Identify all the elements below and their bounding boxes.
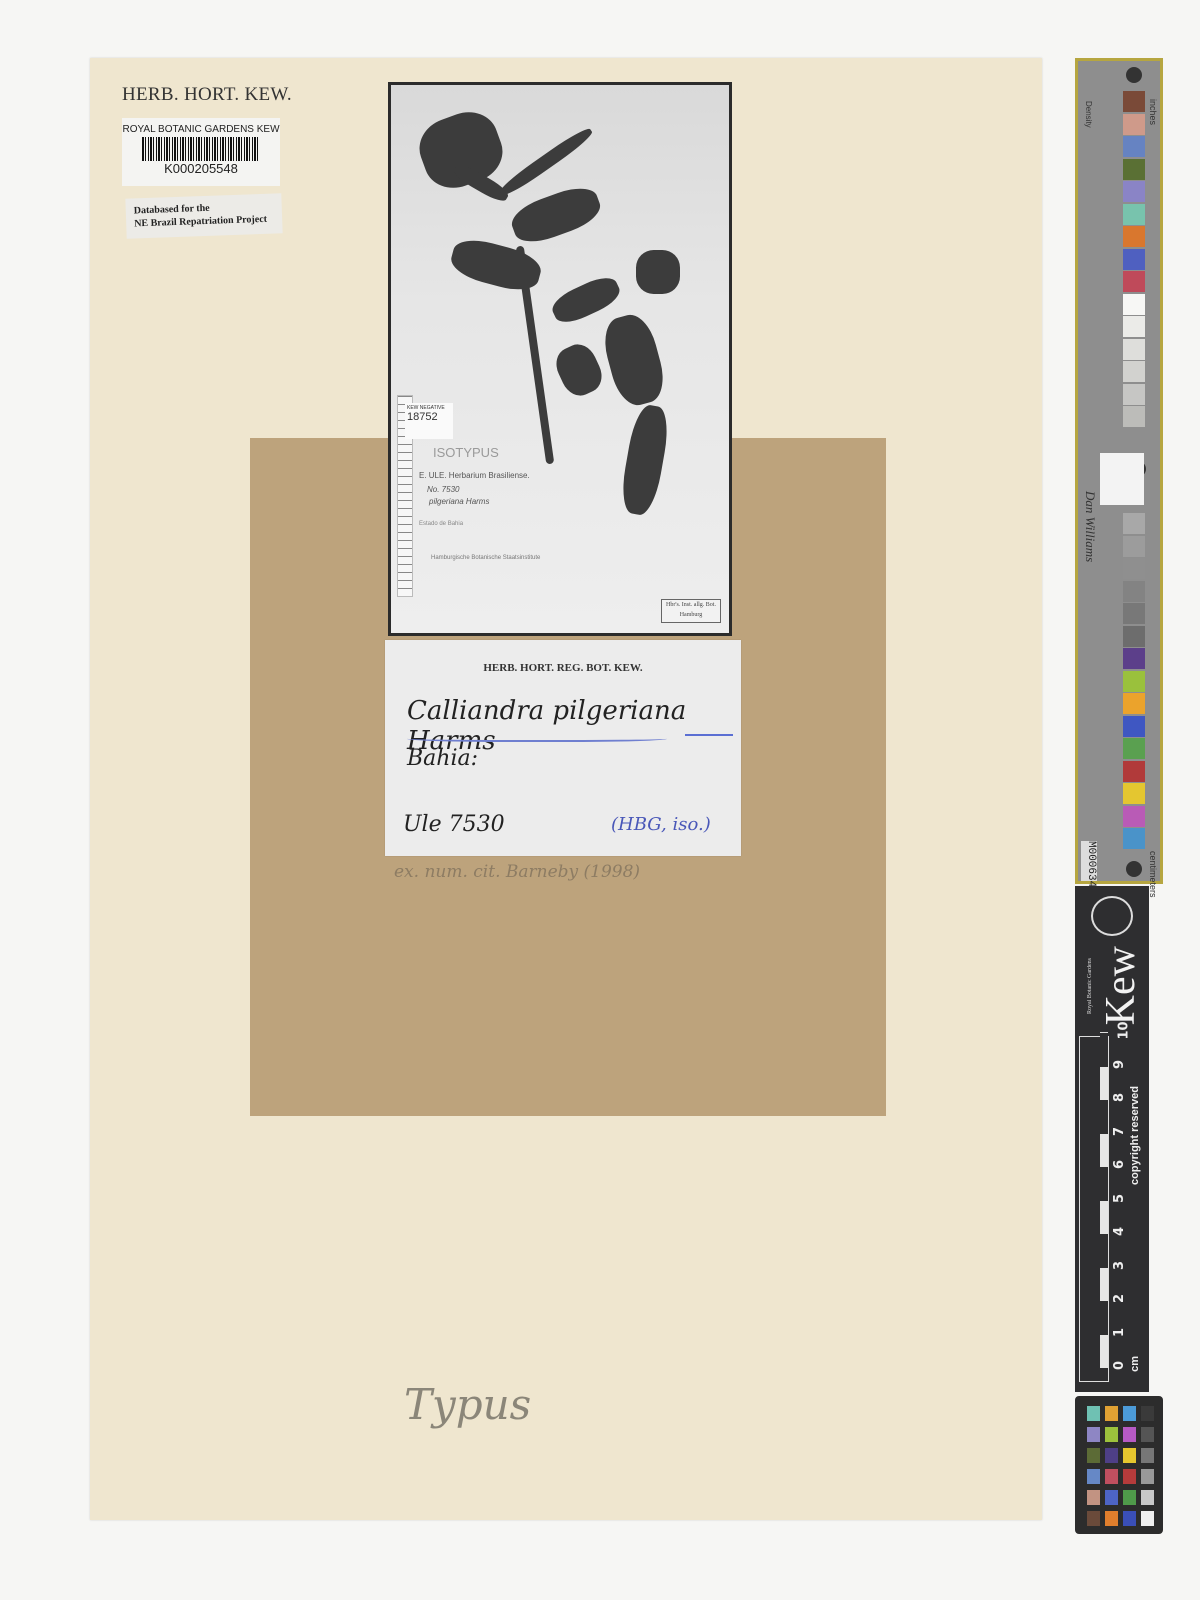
checker-chip xyxy=(1087,1490,1100,1505)
scale-segment xyxy=(1100,1334,1108,1369)
color-patch xyxy=(1123,406,1145,427)
barcode-number: K000205548 xyxy=(122,161,280,176)
scale-segment xyxy=(1100,1166,1108,1201)
target-mini-scale xyxy=(1100,453,1144,505)
color-patch xyxy=(1123,761,1145,782)
type-specimen-photo: KEW NEGATIVE 18752 ISOTYPUS E. ULE. Herb… xyxy=(388,82,732,636)
scale-tick-6: 6 xyxy=(1112,1160,1127,1169)
kew-subtitle: Royal Botanic Gardens xyxy=(1087,958,1093,1014)
locality: Bahia: xyxy=(407,746,478,771)
color-patch xyxy=(1123,513,1145,534)
color-patch xyxy=(1123,648,1145,669)
scale-segment xyxy=(1100,1233,1108,1268)
stamp-line2: Hamburg xyxy=(662,610,720,620)
color-patch xyxy=(1123,693,1145,714)
pencil-annotation: ex. num. cit. Barneby (1998) xyxy=(394,862,640,882)
color-patch xyxy=(1123,671,1145,692)
hamburg-stamp: Hbr's. Inst. allg. Bot. Hamburg xyxy=(661,599,721,623)
hole-icon xyxy=(1126,861,1142,877)
database-label: Databased for the NE Brazil Repatriation… xyxy=(125,193,282,238)
checker-chip xyxy=(1141,1469,1154,1484)
color-patch xyxy=(1123,828,1145,849)
photo-print: KEW NEGATIVE 18752 ISOTYPUS E. ULE. Herb… xyxy=(391,85,729,633)
author-underline xyxy=(685,734,733,736)
color-checker xyxy=(1075,1396,1163,1534)
stamp-line1: Hbr's. Inst. allg. Bot. xyxy=(662,600,720,610)
checker-chip xyxy=(1123,1511,1136,1526)
plant-leaf-cluster-icon xyxy=(618,403,673,518)
collector-number: Ule 7530 xyxy=(403,812,505,837)
color-patch xyxy=(1123,738,1145,759)
checker-chip xyxy=(1087,1406,1100,1421)
color-patch xyxy=(1123,626,1145,647)
determination-label: HERB. HORT. REG. BOT. KEW. Calliandra pi… xyxy=(385,640,741,856)
sheet-header: HERB. HORT. KEW. xyxy=(122,84,292,106)
scale-tick-7: 7 xyxy=(1112,1126,1127,1135)
target-brand: Dan Williams xyxy=(1082,491,1098,562)
scale-segment xyxy=(1100,1133,1108,1168)
checker-chip xyxy=(1087,1448,1100,1463)
barcode-icon xyxy=(142,137,260,161)
color-patch xyxy=(1123,339,1145,360)
color-patch xyxy=(1123,294,1145,315)
color-patch xyxy=(1123,159,1145,180)
checker-chip xyxy=(1123,1490,1136,1505)
checker-chip xyxy=(1123,1448,1136,1463)
inches-label: inches xyxy=(1148,99,1158,125)
target-code: M000634 xyxy=(1081,841,1097,881)
scale-tick-0: 0 xyxy=(1112,1361,1127,1370)
checker-chip xyxy=(1087,1427,1100,1442)
checker-chip xyxy=(1141,1511,1154,1526)
locality-line: Estado de Bahia xyxy=(419,521,463,527)
scale-tick-2: 2 xyxy=(1112,1294,1127,1303)
scale-segment xyxy=(1100,1267,1108,1302)
barcode-org: ROYAL BOTANIC GARDENS KEW xyxy=(122,124,280,135)
checker-chip xyxy=(1105,1427,1118,1442)
royal-crest-icon xyxy=(1091,896,1133,936)
cm-scale xyxy=(1079,1036,1109,1382)
checker-chip xyxy=(1105,1448,1118,1463)
color-patch xyxy=(1123,316,1145,337)
scale-tick-8: 8 xyxy=(1112,1093,1127,1102)
plant-leaf-cluster-icon xyxy=(550,339,607,401)
checker-chip xyxy=(1087,1511,1100,1526)
scale-segment xyxy=(1100,1099,1108,1134)
negative-number: 18752 xyxy=(407,411,451,423)
color-patch xyxy=(1123,603,1145,624)
color-patch xyxy=(1123,361,1145,382)
number-line: No. 7530 xyxy=(427,485,459,494)
color-patch xyxy=(1123,91,1145,112)
scale-tick-3: 3 xyxy=(1112,1260,1127,1269)
scale-segment xyxy=(1100,1032,1108,1067)
density-label: Density xyxy=(1084,101,1093,128)
plant-leaf-cluster-icon xyxy=(447,234,544,296)
color-patch xyxy=(1123,249,1145,270)
barcode-label: ROYAL BOTANIC GARDENS KEW K000205548 xyxy=(122,118,280,186)
checker-chip xyxy=(1141,1406,1154,1421)
color-patch xyxy=(1123,806,1145,827)
checker-chip xyxy=(1087,1469,1100,1484)
type-status: ISOTYPUS xyxy=(433,445,499,460)
color-patch xyxy=(1123,783,1145,804)
name-line: pilgeriana Harms xyxy=(429,497,489,506)
color-patch xyxy=(1123,136,1145,157)
color-patch xyxy=(1123,226,1145,247)
kew-negative-label: KEW NEGATIVE 18752 xyxy=(405,403,453,439)
checker-chip xyxy=(1123,1406,1136,1421)
color-patch xyxy=(1123,536,1145,557)
scale-segment xyxy=(1100,1066,1108,1101)
taxon-binomial: Calliandra pilgeriana xyxy=(407,696,686,726)
checker-chip xyxy=(1105,1511,1118,1526)
checker-chip xyxy=(1123,1427,1136,1442)
color-patch xyxy=(1123,716,1145,737)
color-target: inches Density Dan Williams M000634 cent… xyxy=(1075,58,1163,884)
scale-tick-4: 4 xyxy=(1112,1227,1127,1236)
centimeters-label: centimeters xyxy=(1148,851,1158,898)
color-patch xyxy=(1123,581,1145,602)
hole-icon xyxy=(1126,67,1142,83)
label-header: HERB. HORT. REG. BOT. KEW. xyxy=(385,662,741,674)
institution-line: Hamburgische Botanische Staatsinstitute xyxy=(431,555,540,561)
checker-chip xyxy=(1141,1427,1154,1442)
copyright-label: copyright reserved xyxy=(1129,1086,1141,1185)
checker-chip xyxy=(1105,1490,1118,1505)
scale-tick-1: 1 xyxy=(1112,1327,1127,1336)
color-patch xyxy=(1123,384,1145,405)
color-patch xyxy=(1123,114,1145,135)
scale-tick-10: 10 xyxy=(1117,1021,1132,1039)
color-patch xyxy=(1123,558,1145,579)
plant-leaf-cluster-icon xyxy=(507,181,605,249)
plant-flower-icon xyxy=(636,250,680,294)
scale-tick-5: 5 xyxy=(1112,1193,1127,1202)
plant-leaf-cluster-icon xyxy=(598,310,670,410)
checker-chip xyxy=(1105,1469,1118,1484)
color-patch xyxy=(1123,181,1145,202)
cm-label: cm xyxy=(1129,1356,1141,1372)
color-patch xyxy=(1123,271,1145,292)
checker-chip xyxy=(1105,1406,1118,1421)
kew-logo: Kew xyxy=(1097,946,1145,1025)
taxon-underline xyxy=(407,734,667,742)
kew-scale-bar: Kew Royal Botanic Gardens copyright rese… xyxy=(1075,886,1149,1392)
color-patch xyxy=(1123,204,1145,225)
scale-segment xyxy=(1100,1300,1108,1335)
checker-chip xyxy=(1141,1448,1154,1463)
scale-tick-9: 9 xyxy=(1112,1059,1127,1068)
typus-annotation: Typus xyxy=(404,1380,531,1429)
scale-segment xyxy=(1100,1200,1108,1235)
checker-chip xyxy=(1123,1469,1136,1484)
collection-line: E. ULE. Herbarium Brasiliense. xyxy=(419,471,530,480)
herbaria-note: (HBG, iso.) xyxy=(611,814,711,835)
checker-chip xyxy=(1141,1490,1154,1505)
